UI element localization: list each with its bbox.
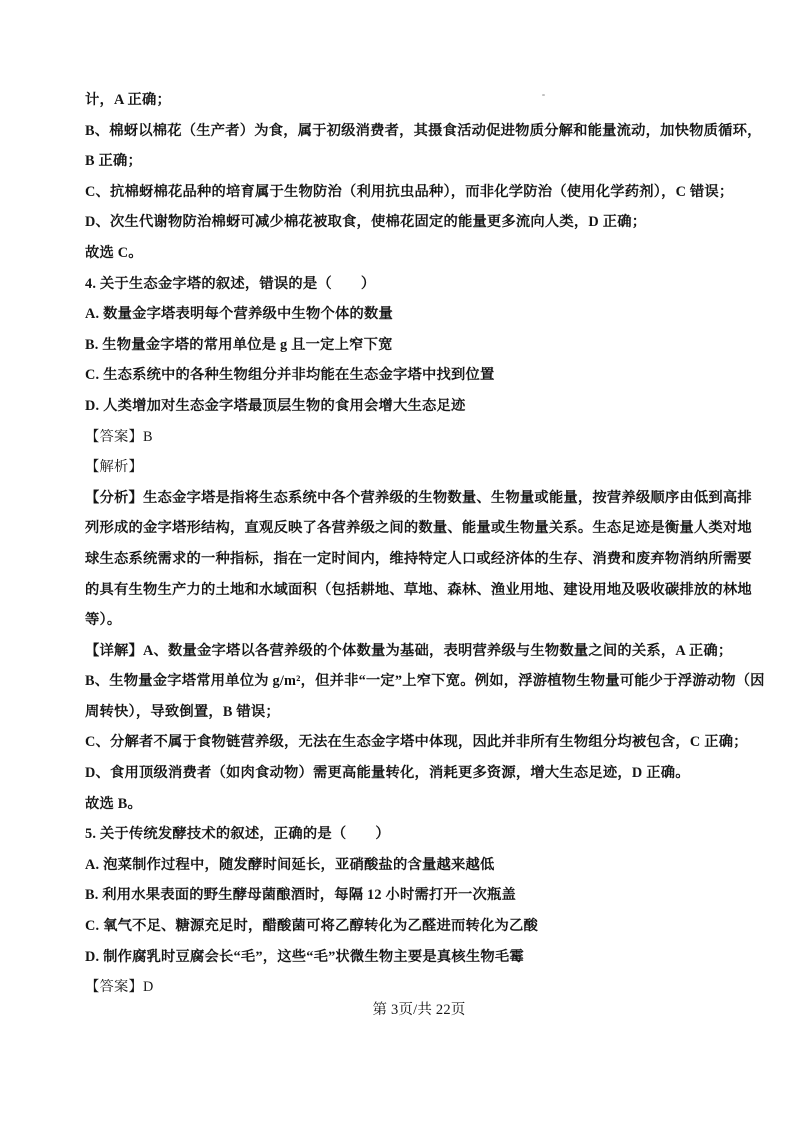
q4-conclusion: 故选 B。 (85, 789, 753, 820)
q4-detail-b-continuation: 周转快），导致倒置，B 错误； (85, 697, 753, 728)
q4-analysis-label: 【解析】 (85, 452, 753, 483)
q4-stem: 4. 关于生态金字塔的叙述，错误的是（ ） (85, 269, 753, 300)
q5-option-a: A. 泡菜制作过程中，随发酵时间延长，亚硝酸盐的含量越来越低 (85, 850, 753, 881)
q5-option-c: C. 氧气不足、糖源充足时，醋酸菌可将乙醇转化为乙醛进而转化为乙酸 (85, 911, 753, 942)
q4-detail-c: C、分解者不属于食物链营养级，无法在生态金字塔中体现，因此并非所有生物组分均被包… (85, 727, 753, 758)
q4-option-a: A. 数量金字塔表明每个营养级中生物个体的数量 (85, 299, 753, 330)
q4-answer: 【答案】B (85, 422, 753, 453)
q4-option-b: B. 生物量金字塔的常用单位是 g 且一定上窄下宽 (85, 330, 753, 361)
q4-analysis-line-5: 等）。 (85, 605, 753, 636)
q4-detail-a: 【详解】A、数量金字塔以各营养级的个体数量为基础，表明营养级与生物数量之间的关系… (85, 636, 753, 667)
q3-detail-d: D、次生代谢物防治棉蚜可减少棉花被取食，使棉花固定的能量更多流向人类，D 正确； (85, 207, 753, 238)
document-body: 计，A 正确；B、棉蚜以棉花（生产者）为食，属于初级消费者，其摄食活动促进物质分… (85, 85, 753, 1025)
q4-analysis-line-3: 球生态系统需求的一种指标，指在一定时间内，维持特定人口或经济体的生存、消费和废弃… (85, 544, 753, 575)
scan-artifact-dot (542, 94, 545, 96)
q3-detail-b: B、棉蚜以棉花（生产者）为食，属于初级消费者，其摄食活动促进物质分解和能量流动，… (85, 116, 753, 147)
q3-detail-c: C、抗棉蚜棉花品种的培育属于生物防治（利用抗虫品种），而非化学防治（使用化学药剂… (85, 177, 753, 208)
q4-detail-b: B、生物量金字塔常用单位为 g/m²，但并非“一定”上窄下宽。例如，浮游植物生物… (85, 666, 753, 697)
q4-detail-d: D、食用顶级消费者（如肉食动物）需更高能量转化，消耗更多资源，增大生态足迹，D … (85, 758, 753, 789)
q5-option-d: D. 制作腐乳时豆腐会长“毛”，这些“毛”状微生物主要是真核生物毛霉 (85, 942, 753, 973)
q4-option-c: C. 生态系统中的各种生物组分并非均能在生态金字塔中找到位置 (85, 360, 753, 391)
q4-analysis-line-2: 列形成的金字塔形结构，直观反映了各营养级之间的数量、能量或生物量关系。生态足迹是… (85, 513, 753, 544)
q5-stem: 5. 关于传统发酵技术的叙述，正确的是（ ） (85, 819, 753, 850)
document-page: 计，A 正确；B、棉蚜以棉花（生产者）为食，属于初级消费者，其摄食活动促进物质分… (0, 0, 800, 1132)
q4-analysis-line-4: 的具有生物生产力的土地和水域面积（包括耕地、草地、森林、渔业用地、建设用地及吸收… (85, 575, 753, 606)
q3-conclusion: 故选 C。 (85, 238, 753, 269)
q3-detail-a-continuation: 计，A 正确； (85, 85, 753, 116)
q3-detail-b-continuation: B 正确； (85, 146, 753, 177)
q5-option-b: B. 利用水果表面的野生酵母菌酿酒时，每隔 12 小时需打开一次瓶盖 (85, 880, 753, 911)
page-footer: 第 3页/共 22页 (85, 995, 753, 1026)
q4-option-d: D. 人类增加对生态金字塔最顶层生物的食用会增大生态足迹 (85, 391, 753, 422)
q4-analysis-line-1: 【分析】生态金字塔是指将生态系统中各个营养级的生物数量、生物量或能量，按营养级顺… (85, 483, 753, 514)
